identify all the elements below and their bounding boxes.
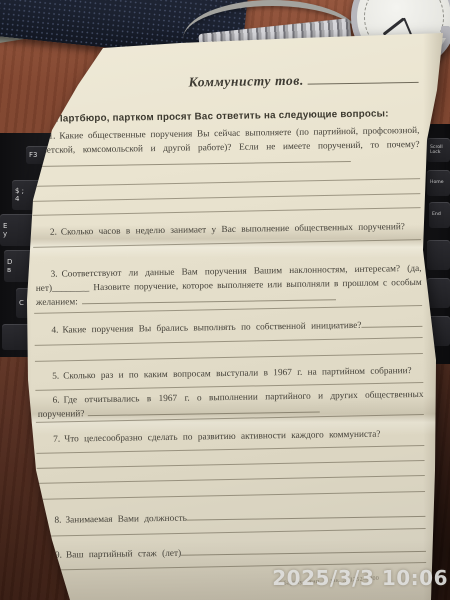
question-number: 9. bbox=[55, 551, 62, 561]
question-text: Что целесообразно сделать по развитию ак… bbox=[64, 430, 381, 445]
questionnaire-paper: Коммунисту тов. Партбюро, партком просят… bbox=[0, 0, 450, 600]
inline-blank bbox=[361, 318, 422, 328]
question-number: 6. bbox=[52, 396, 59, 406]
question-number: 1. bbox=[48, 132, 55, 142]
answer-line bbox=[35, 337, 423, 346]
question-number: 3. bbox=[51, 270, 58, 280]
answer-line bbox=[32, 193, 420, 202]
answer-line bbox=[37, 475, 425, 484]
photo-scene: F3 $ ; 4 E у D в C Scroll Lock Home End … bbox=[0, 0, 450, 600]
paper-wrapper: Коммунисту тов. Партбюро, партком просят… bbox=[0, 0, 450, 600]
question-4: 4.Какие поручения Вы брались выполнять п… bbox=[36, 318, 422, 338]
salutation-row: Коммунисту тов. bbox=[188, 71, 418, 91]
inline-blank bbox=[187, 508, 426, 521]
question-number: 2. bbox=[50, 228, 57, 238]
question-8: 8.Занимаемая Вами должность bbox=[39, 508, 425, 528]
inline-blank bbox=[81, 292, 336, 305]
question-7: 7.Что целесообразно сделать по развитию … bbox=[38, 427, 424, 447]
answer-line bbox=[32, 178, 420, 187]
question-text: Ваш партийный стаж (лет) bbox=[66, 549, 181, 561]
answer-line bbox=[37, 491, 425, 500]
inline-blank bbox=[88, 404, 320, 417]
question-5: 5.Сколько раз и по каким вопросам выступ… bbox=[37, 364, 423, 384]
question-number: 8. bbox=[54, 516, 61, 526]
question-text: Сколько раз и по каким вопросам выступал… bbox=[63, 366, 412, 381]
question-3: 3.Соответствуют ли данные Вам поручения … bbox=[35, 262, 422, 311]
answer-line bbox=[37, 460, 425, 469]
question-text: Какие общественные поручения Вы сейчас в… bbox=[34, 126, 420, 156]
inline-blank bbox=[181, 543, 426, 556]
question-number: 4. bbox=[51, 326, 58, 336]
salutation-blank-line bbox=[308, 71, 419, 85]
intro-text: Партбюро, партком просят Вас ответить на… bbox=[53, 108, 391, 124]
question-number: 7. bbox=[53, 435, 60, 445]
answer-line bbox=[38, 528, 426, 537]
question-text: Какие поручения Вы брались выполнять по … bbox=[62, 321, 361, 336]
question-2: 2.Сколько часов в неделю занимает у Вас … bbox=[35, 220, 421, 240]
question-1: 1.Какие общественные поручения Вы сейчас… bbox=[33, 124, 420, 173]
answer-line bbox=[36, 445, 424, 454]
answer-line bbox=[33, 239, 421, 248]
camera-timestamp: 2025/3/3 10:06 bbox=[272, 566, 448, 590]
answer-line bbox=[33, 207, 421, 216]
questionnaire-content: Коммунисту тов. Партбюро, партком просят… bbox=[0, 0, 450, 600]
question-number: 5. bbox=[52, 372, 59, 382]
salutation-text: Коммунисту тов. bbox=[188, 73, 304, 91]
question-text: Сколько часов в неделю занимает у Вас вы… bbox=[61, 222, 405, 237]
answer-line bbox=[35, 353, 423, 362]
question-text: Занимаемая Вами должность bbox=[65, 514, 187, 526]
inline-blank bbox=[34, 154, 351, 168]
question-9: 9.Ваш партийный стаж (лет) bbox=[40, 543, 426, 563]
